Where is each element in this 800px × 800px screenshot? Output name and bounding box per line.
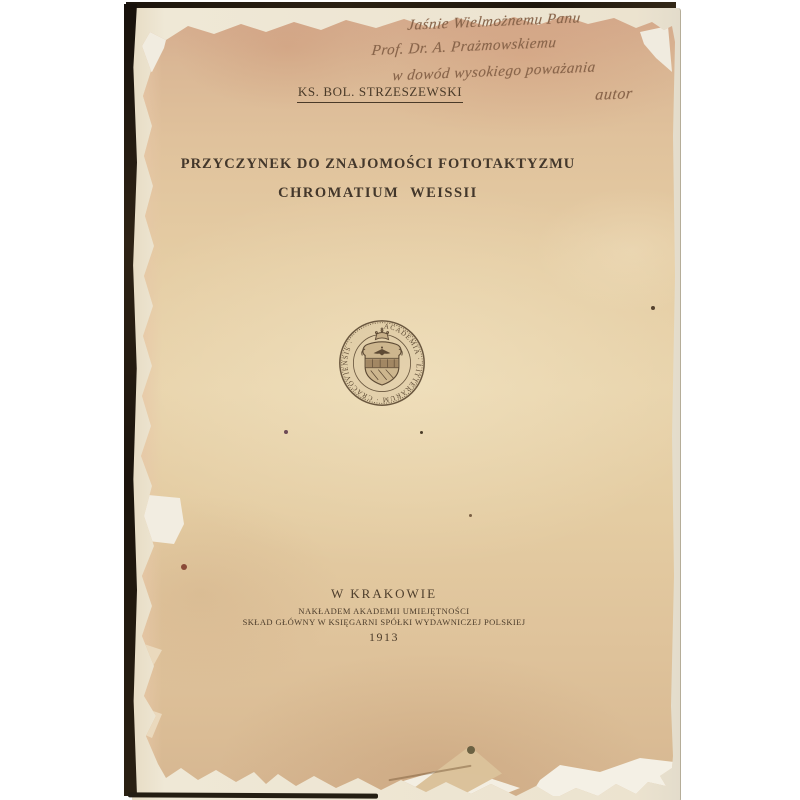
title-line-2: CHROMATIUM WEISSII [158, 185, 598, 202]
scanned-book-cover: { "colors": { "scan_background": "#fffff… [0, 0, 800, 800]
stain-spot [181, 564, 187, 570]
stain-spot [284, 430, 288, 434]
stain-spot [651, 306, 655, 310]
academy-seal: ACADEMIA · LITTERARUM · CRACOVIENSIS · [337, 318, 427, 408]
imprint-city: W KRAKOWIE [164, 586, 604, 602]
imprint-distribution: SKŁAD GŁÓWNY W KSIĘGARNI SPÓŁKI WYDAWNIC… [164, 617, 604, 627]
stain-spot [469, 514, 472, 517]
imprint-year: 1913 [164, 630, 604, 645]
stain-spot [467, 746, 475, 754]
author-name-text: KS. BOL. STRZESZEWSKI [297, 84, 463, 103]
author-name: KS. BOL. STRZESZEWSKI [280, 83, 480, 103]
book: Jaśnie Wielmożnemu Panu Prof. Dr. A. Pra… [124, 6, 680, 798]
title-line-1: PRZYCZYNEK DO ZNAJOMOŚCI FOTOTAKTYZMU [158, 156, 598, 173]
imprint-publisher: NAKŁADEM AKADEMII UMIEJĘTNOŚCI [164, 606, 604, 616]
stain-spot [420, 431, 423, 434]
